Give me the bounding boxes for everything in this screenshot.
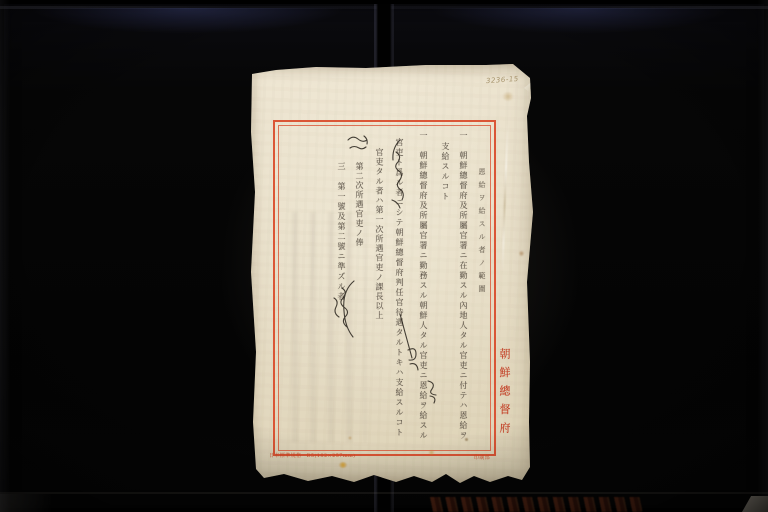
archival-photo: 恩給ヲ給スル者ノ範圍 一 朝鮮總督府及所屬官署ニ在勤スル內地人タル官吏ニ付テハ恩… [0,0,768,512]
photo-vignette [0,0,768,512]
